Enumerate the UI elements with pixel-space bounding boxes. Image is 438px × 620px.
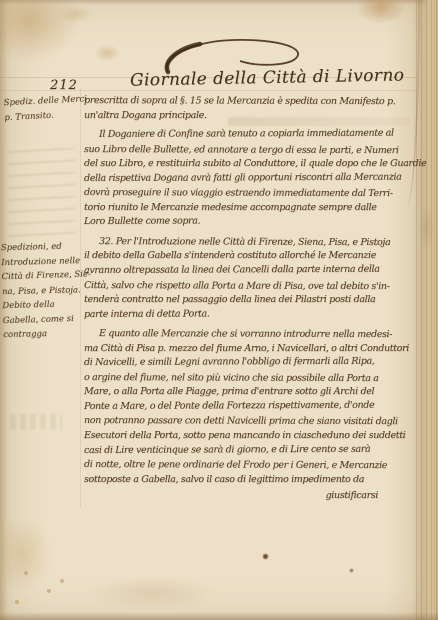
manuscript-line: della rispettiva Dogana avrà fatti gli o… — [84, 170, 418, 186]
manuscript-line: suo Libro delle Bullette, ed annotare a … — [84, 143, 418, 159]
stain — [94, 44, 120, 62]
foxing-spot — [24, 571, 28, 575]
margin-note-line: contragga — [3, 326, 85, 342]
manuscript-line: sottoposte a Gabella, salvo il caso di l… — [84, 473, 418, 488]
manuscript-line: prescritta di sopra al §. 15 se la Merca… — [84, 94, 418, 110]
manuscript-line: casi di Lire venticinque se sarà di gior… — [84, 442, 418, 458]
manuscript-line: 32. Per l'Introduzione nelle Città di Fi… — [84, 235, 418, 251]
bleed-through-text — [8, 148, 76, 238]
manuscript-line: di Navicelli, e simili Legni avranno l'o… — [84, 355, 418, 371]
manuscript-line: avranno oltrepassata la linea dei Cancel… — [84, 263, 418, 279]
manuscript-line: non potranno passare con detti Navicelli… — [84, 414, 418, 430]
page-bottom-edge — [0, 612, 438, 620]
manuscript-line: di notte, oltre le pene ordinarie del Fr… — [84, 458, 418, 474]
margin-note-transit: Spediz. delle Merci p. Transito. — [3, 92, 86, 125]
manuscript-line: Loro Bullette come sopra. — [84, 214, 418, 230]
stain — [0, 516, 54, 592]
foxing-spot — [15, 600, 19, 604]
foxing-spot — [60, 579, 64, 583]
ink-spot — [262, 553, 269, 560]
manuscript-line: dovrà proseguire il suo viaggio estraend… — [84, 186, 418, 202]
margin-note-line: Spedizioni, ed — [1, 239, 83, 255]
catchword: giustificarsi — [84, 488, 418, 503]
manuscript-line: Esecutori della Porta, sotto pena mancan… — [84, 429, 418, 444]
stain — [58, 4, 92, 24]
margin-note-line: Città di Firenze, Sie- — [1, 268, 83, 285]
manuscript-line: un'altra Dogana principale. — [84, 109, 418, 124]
manuscript-line: tenderà contratto nel passaggio della li… — [84, 293, 418, 308]
manuscript-line: Mare, o alla Porta alle Piagge, prima d'… — [84, 385, 418, 400]
stain — [0, 0, 80, 64]
ink-spot — [349, 568, 354, 573]
page-top-edge — [0, 0, 438, 5]
margin-note-introduction: Spedizioni, ed Introduzione nelle Città … — [1, 239, 86, 343]
manuscript-line: parte interna di detta Porta. — [84, 306, 418, 322]
foxing-spot — [47, 589, 51, 593]
manuscript-page: 212 Giornale della Città di Livorno Sped… — [0, 0, 438, 620]
page-number: 212 — [50, 78, 78, 93]
bleed-through-text — [10, 414, 62, 430]
page-title: Giornale della Città di Livorno — [130, 65, 405, 90]
manuscript-line: E quanto alle Mercanzie che si vorranno … — [84, 327, 418, 343]
manuscript-line: Ponte a Mare, o del Ponte della Fortezza… — [84, 398, 418, 414]
margin-note-line: na, Pisa, e Pistoja. — [2, 283, 84, 299]
manuscript-line: del suo Libro, e restituirla subito al C… — [84, 157, 418, 172]
manuscript-line: o argine del fiume, nel sito più vicino … — [84, 371, 418, 387]
manuscript-body: prescritta di sopra al §. 15 se la Merca… — [84, 94, 418, 503]
manuscript-line: Città, salvo che rispetto alla Porta a M… — [84, 279, 418, 295]
manuscript-line: Il Doganiere di Confine sarà tenuto a co… — [84, 127, 418, 143]
stain — [88, 576, 218, 610]
